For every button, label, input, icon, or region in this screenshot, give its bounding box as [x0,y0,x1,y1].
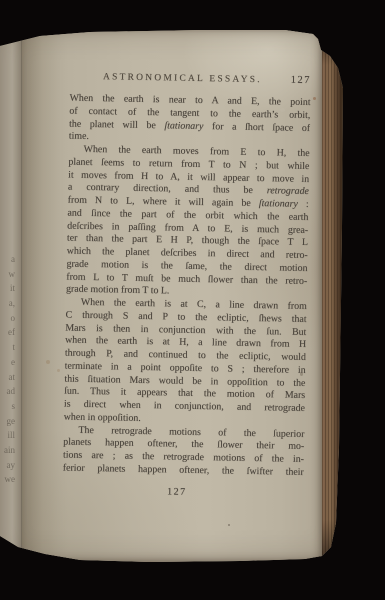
running-header: ASTRONOMICAL ESSAYS. 127 [70,72,311,90]
facing-page-fragment: ill [0,428,15,443]
facing-page-fragment: e [0,355,15,370]
facing-page-fragment: ge [0,414,15,429]
printed-text: ASTRONOMICAL ESSAYS. 127 When the earth … [62,72,311,500]
facing-page-fragment: it [0,281,15,296]
facing-page-fragment: s [0,399,15,414]
facing-page-fragment: o [0,311,15,326]
facing-page-fragment: a [0,252,15,267]
facing-page-fragment: we [0,472,15,487]
facing-page-fragment: w [0,267,15,282]
page-number: 127 [291,75,311,86]
book-photo: awita,oefteatadsgeillainaywe ASTRONOMICA… [0,0,385,600]
facing-page-fragment: at [0,370,15,385]
facing-page-fragment: ay [0,458,15,473]
facing-page-fragment: a, [0,296,15,311]
page-text: When the earth is near to A and E, the p… [63,93,311,480]
facing-page-fragments: awita,oefteatadsgeillainaywe [0,252,15,487]
facing-page-fragment: ef [0,325,15,340]
book-page-spread: awita,oefteatadsgeillainaywe ASTRONOMICA… [0,28,343,562]
facing-page-fragment: ain [0,443,15,458]
facing-page-fragment: ad [0,384,15,399]
facing-page-fragment: t [0,340,15,355]
facing-page-edge: awita,oefteatadsgeillainaywe [0,28,22,562]
